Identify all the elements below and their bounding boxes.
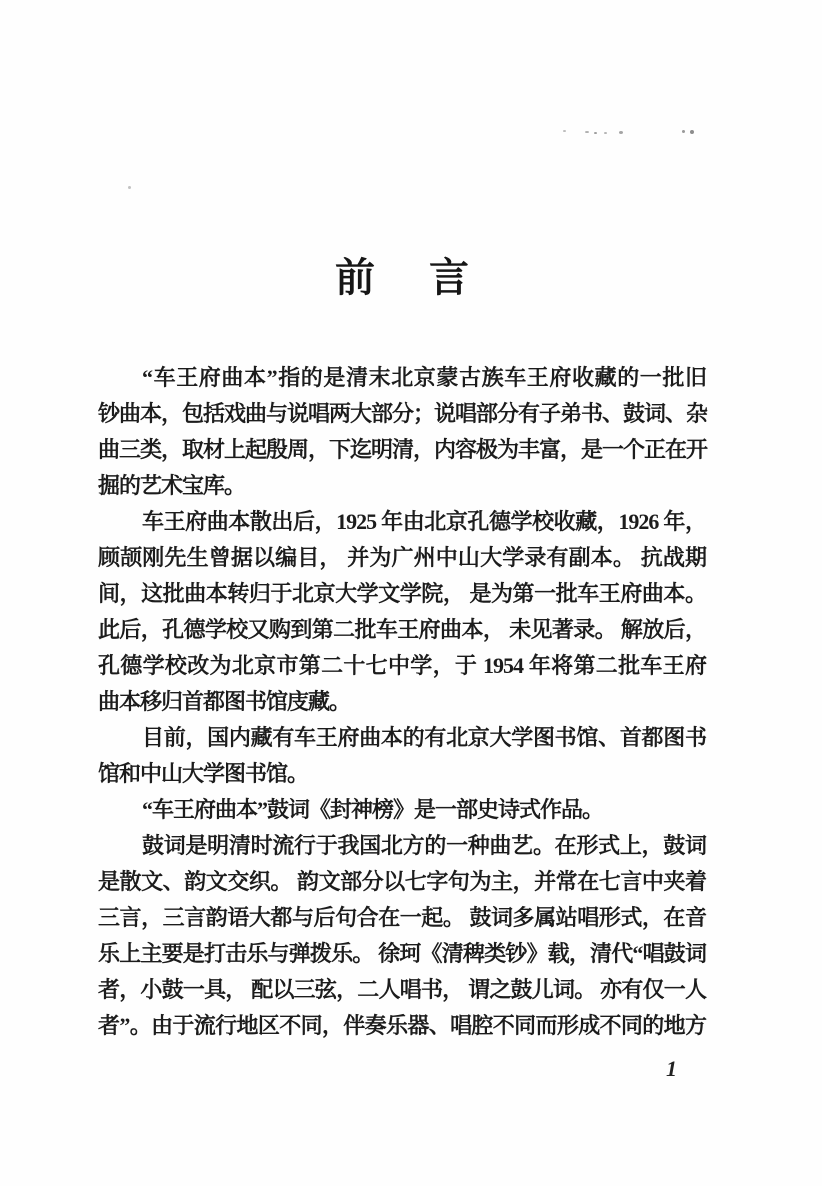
text-line: 孔德学校改为北京市第二十七中学，于 1954 年将第二批车王府 <box>98 648 706 684</box>
body-text: “车王府曲本”指的是清末北京蒙古族车王府收藏的一批旧钞曲本，包括戏曲与说唱两大部… <box>98 360 706 1044</box>
text-line: 鼓词是明清时流行于我国北方的一种曲艺。在形式上，鼓词 <box>98 828 706 864</box>
text-line: 曲本移归首都图书馆庋藏。 <box>98 684 706 720</box>
scan-speckle <box>594 132 597 134</box>
scan-speckle <box>690 130 694 134</box>
text-line: 间，这批曲本转归于北京大学文学院， 是为第一批车王府曲本。 <box>98 576 706 612</box>
title-char-1: 前 <box>335 254 375 302</box>
text-line: “车王府曲本”指的是清末北京蒙古族车王府收藏的一批旧 <box>98 360 706 396</box>
scanned-book-page: 前 言 “车王府曲本”指的是清末北京蒙古族车王府收藏的一批旧钞曲本，包括戏曲与说… <box>0 0 822 1186</box>
text-line: 目前，国内藏有车王府曲本的有北京大学图书馆、首都图书 <box>98 720 706 756</box>
title-char-2: 言 <box>429 254 469 302</box>
text-line: 乐上主要是打击乐与弹拨乐。 徐珂《清稗类钞》载，清代“唱鼓词 <box>98 936 706 972</box>
scan-speckle <box>604 132 607 134</box>
text-line: 车王府曲本散出后，1925 年由北京孔德学校收藏，1926 年， <box>98 504 706 540</box>
text-line: 馆和中山大学图书馆。 <box>98 756 706 792</box>
text-line: 三言，三言韵语大都与后句合在一起。 鼓词多属站唱形式，在音 <box>98 900 706 936</box>
page-number: 1 <box>666 1056 677 1082</box>
text-line: 曲三类，取材上起殷周，下迄明清，内容极为丰富，是一个正在开 <box>98 432 706 468</box>
scan-speckle <box>619 131 623 134</box>
scan-speckle <box>682 130 685 133</box>
text-line: “车王府曲本”鼓词《封神榜》是一部史诗式作品。 <box>98 792 706 828</box>
page-title: 前 言 <box>98 254 706 302</box>
text-line: 者”。由于流行地区不同，伴奏乐器、唱腔不同而形成不同的地方 <box>98 1008 706 1044</box>
text-line: 是散文、韵文交织。 韵文部分以七字句为主，并常在七言中夹着 <box>98 864 706 900</box>
text-line: 掘的艺术宝库。 <box>98 468 706 504</box>
text-line: 此后，孔德学校又购到第二批车王府曲本， 未见著录。 解放后， <box>98 612 706 648</box>
scan-speckle <box>128 186 131 189</box>
scan-speckle <box>585 131 589 133</box>
scan-speckle <box>563 130 566 132</box>
text-line: 顾颉刚先生曾据以编目， 并为广州中山大学录有副本。 抗战期 <box>98 540 706 576</box>
text-line: 钞曲本，包括戏曲与说唱两大部分；说唱部分有子弟书、鼓词、杂 <box>98 396 706 432</box>
text-line: 者，小鼓一具， 配以三弦，二人唱书， 谓之鼓儿词。 亦有仅一人 <box>98 972 706 1008</box>
